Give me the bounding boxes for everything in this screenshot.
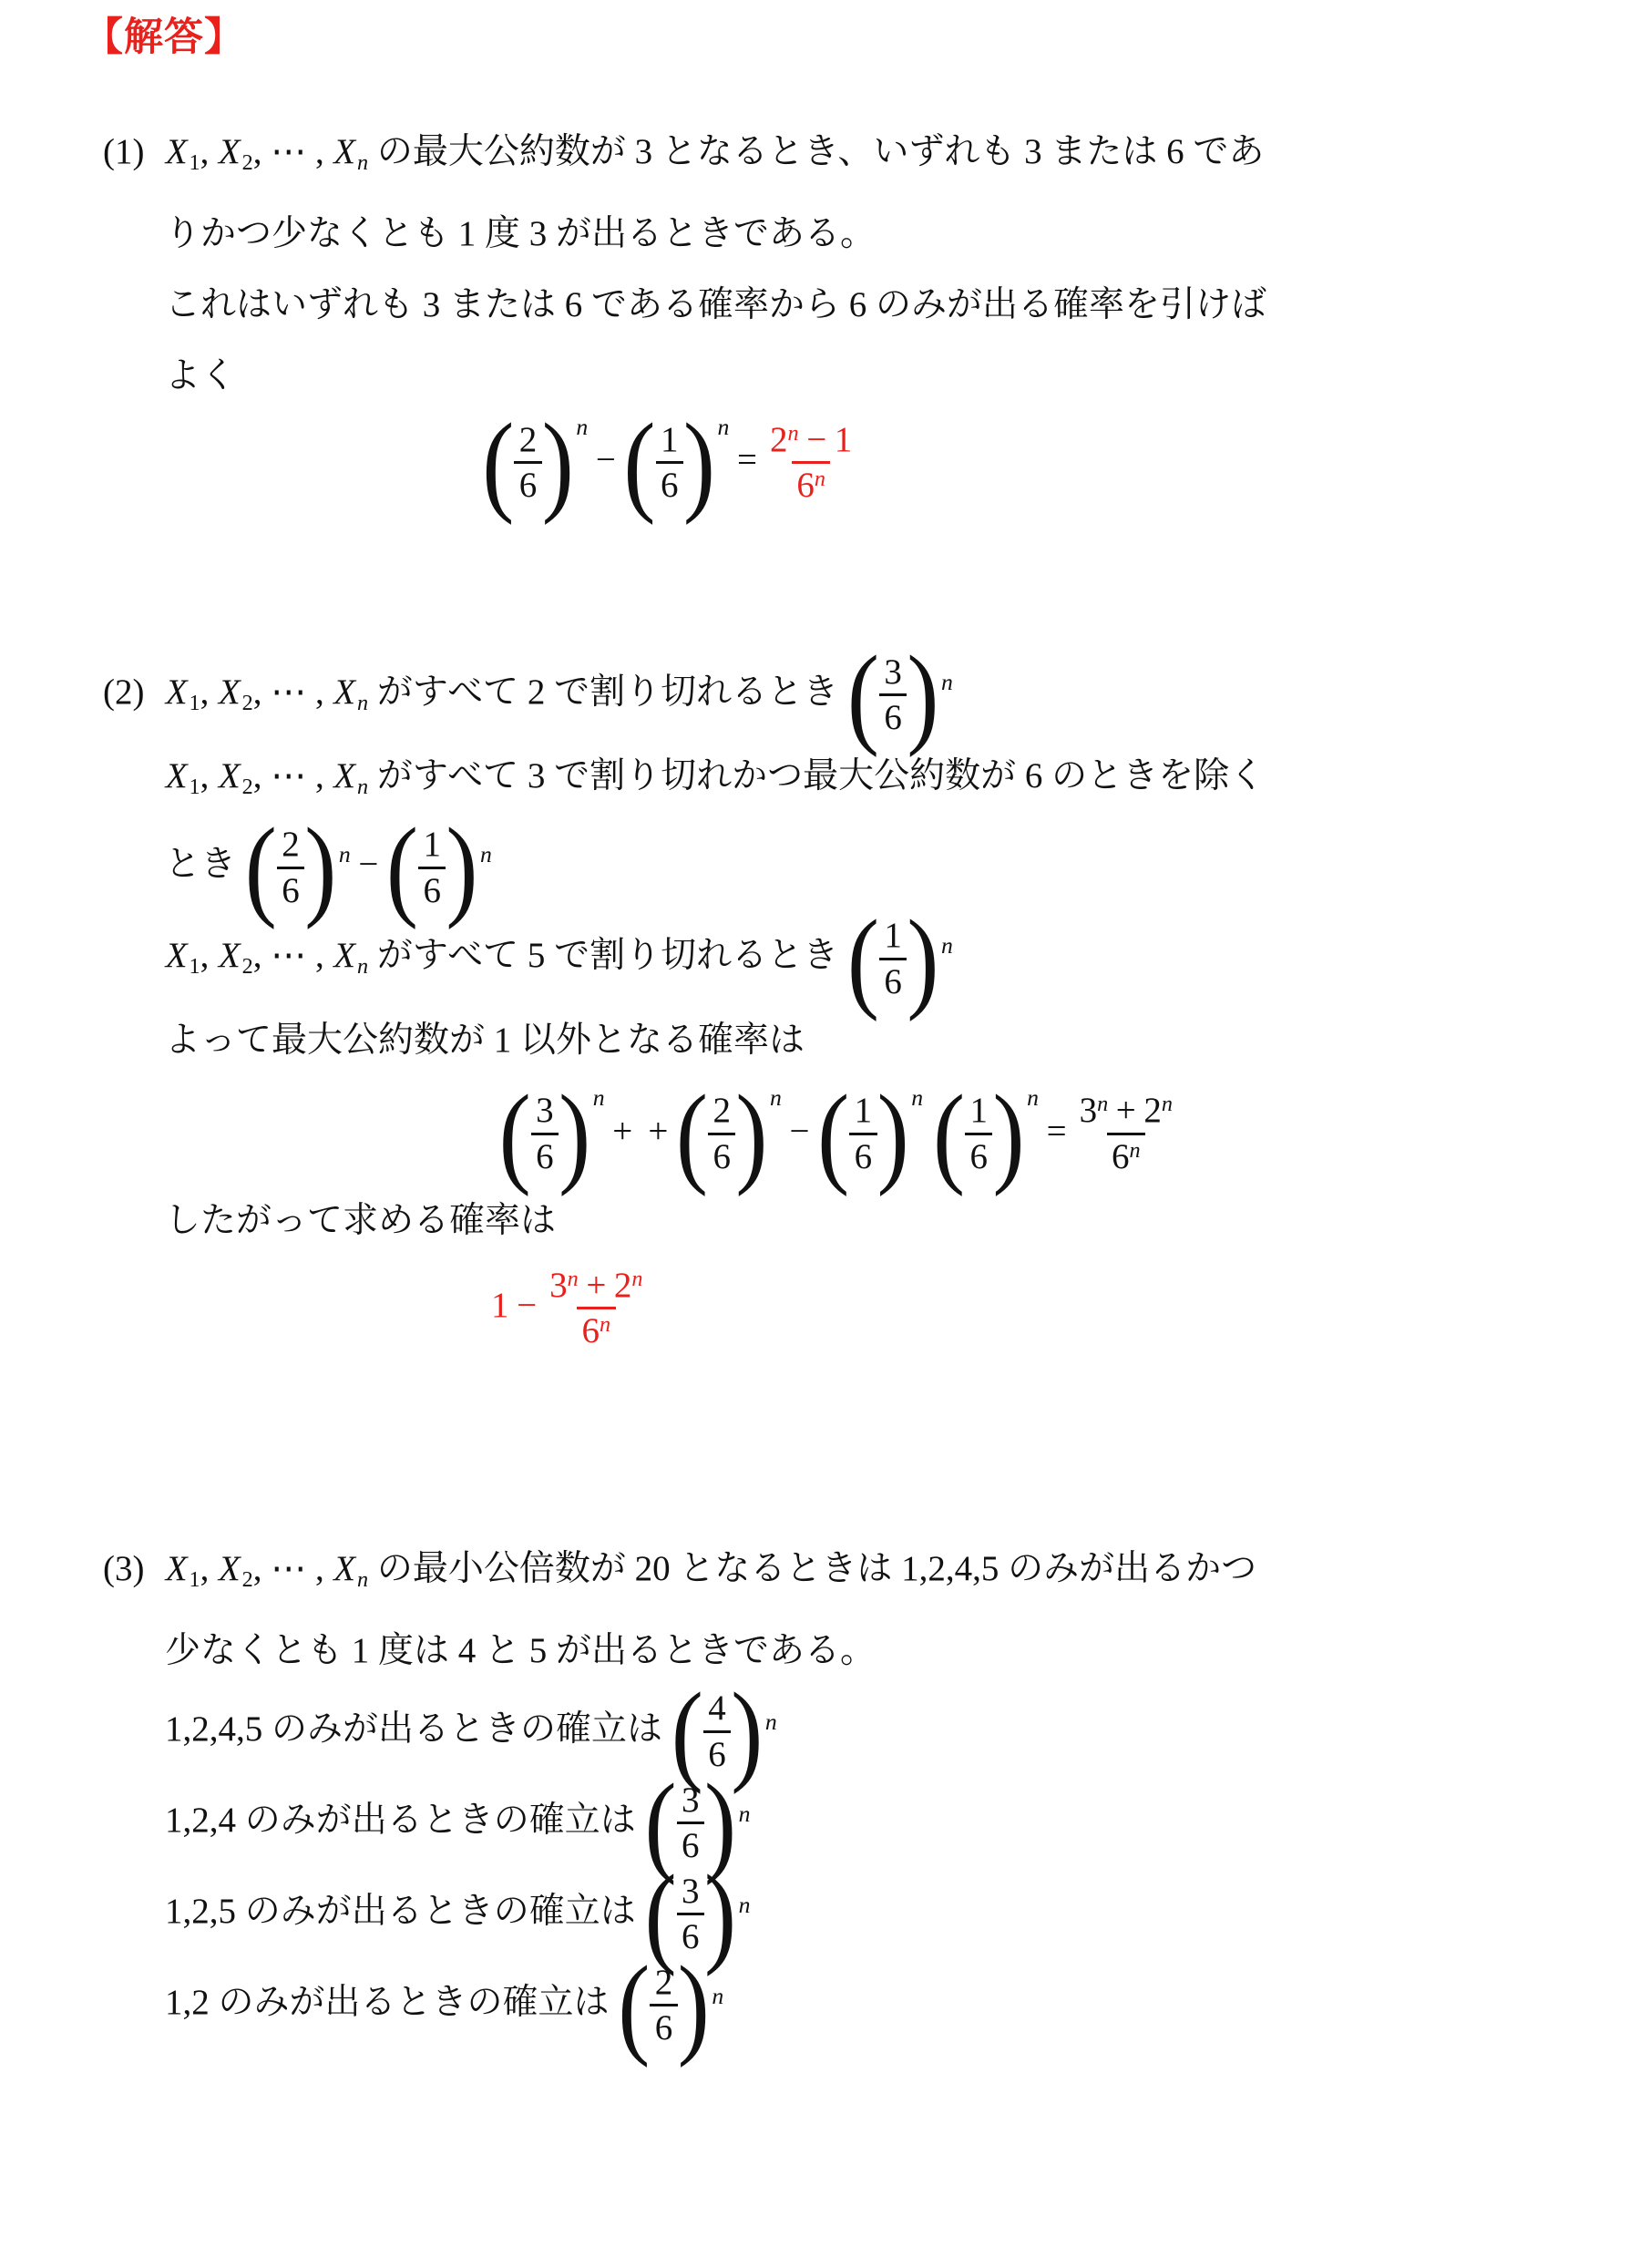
math-variable: X: [333, 1549, 358, 1588]
text-run: ,: [200, 1549, 219, 1588]
text-run: の最大公約数が 3 となるとき、いずれも 3 または 6 であ: [368, 132, 1264, 171]
math-subscript: 1: [190, 1567, 200, 1592]
math-operator: +: [586, 1266, 606, 1305]
math-variable: X: [165, 132, 190, 171]
text-run: , ⋯ ,: [253, 936, 333, 975]
denominator: 6: [277, 867, 304, 911]
math-variable: X: [333, 672, 358, 712]
open-paren: (: [245, 814, 277, 921]
open-paren: (: [847, 906, 879, 1013]
math-superscript: n: [1162, 1092, 1173, 1116]
denominator: 6n: [792, 461, 831, 506]
math-subscript: n: [357, 690, 368, 714]
line-content: X1, X2, ⋯ , Xn がすべて 3 で割り切れかつ最大公約数が 6 のと…: [165, 756, 1265, 795]
text-line: 少なくとも 1 度は 4 と 5 が出るときである。: [165, 1616, 1575, 1687]
math-subscript: 1: [190, 774, 200, 798]
fraction: 16: [418, 825, 446, 910]
fraction: 3n+2n6n: [545, 1266, 648, 1351]
close-paren: ): [304, 814, 336, 921]
line-content: よって最大公約数が 1 以外となる確率は: [165, 1021, 805, 1060]
open-paren: (: [386, 814, 418, 921]
math-operator: −: [517, 1286, 537, 1325]
math-variable: X: [333, 756, 358, 795]
math-variable: X: [218, 132, 242, 171]
text-run: 2: [1143, 1091, 1162, 1130]
numerator: 4: [703, 1688, 731, 1730]
open-paren: (: [482, 409, 514, 517]
parenthesized-fraction-power: (16)n: [817, 1089, 923, 1180]
math-variable: X: [218, 936, 242, 975]
text-line: (3)X1, X2, ⋯ , Xn の最小公倍数が 20 となるときは 1,2,…: [165, 1534, 1575, 1616]
close-paren: ): [907, 641, 938, 749]
fraction: 26: [708, 1091, 735, 1176]
math-subscript: n: [357, 774, 368, 798]
numerator: 1: [965, 1091, 992, 1133]
fraction: 16: [656, 420, 683, 506]
item-label-1: (1): [103, 117, 165, 188]
math-operator: =: [1047, 1112, 1067, 1151]
parenthesized-fraction-power: (26)n: [676, 1089, 782, 1180]
formula-gcd3-result: (26)n−(16)n=2n−16n: [165, 417, 1575, 508]
line-content: 1,2 のみが出るときの確立は (26)n: [165, 1983, 723, 2022]
text-run: がすべて 2 で割り切れるとき: [368, 672, 847, 712]
math-variable: X: [165, 672, 190, 712]
math-subscript: 1: [190, 954, 200, 979]
denominator: 6n: [577, 1307, 616, 1351]
math-variable: X: [218, 756, 242, 795]
numerator: 1: [879, 916, 907, 958]
text-line: 1,2,5 のみが出るときの確立は (36)n: [165, 1869, 1575, 1960]
math-variable: X: [218, 672, 242, 712]
text-line: 1,2 のみが出るときの確立は (26)n: [165, 1960, 1575, 2051]
text-run: 1,2,4 のみが出るときの確立は: [165, 1801, 645, 1840]
math-subscript: 2: [242, 690, 253, 714]
text-run: 3: [549, 1266, 568, 1305]
text-run: がすべて 5 で割り切れるとき: [368, 936, 847, 975]
text-run: の最小公倍数が 20 となるときは 1,2,4,5 のみが出るかつ: [368, 1549, 1256, 1588]
parenthesized-fraction-power: (36)n: [499, 1089, 605, 1180]
line-content: X1, X2, ⋯ , Xn がすべて 2 で割り切れるとき (36)n: [165, 672, 953, 712]
fraction: 16: [849, 1091, 877, 1176]
text-line: X1, X2, ⋯ , Xn がすべて 5 で割り切れるとき (16)n: [165, 914, 1575, 1005]
numerator: 1: [656, 420, 683, 462]
exponent: n: [480, 819, 492, 890]
close-paren: ): [907, 906, 938, 1013]
denominator: 6: [879, 958, 907, 1002]
text-run: ,: [200, 132, 219, 171]
math-superscript: n: [631, 1267, 642, 1291]
math-operator: −: [806, 420, 826, 459]
parenthesized-fraction-power: (16)n: [623, 417, 729, 508]
close-paren: ): [542, 409, 574, 517]
text-line: 1,2,4 のみが出るときの確立は (36)n: [165, 1778, 1575, 1869]
exponent: n: [718, 415, 730, 439]
text-run: 1: [835, 420, 853, 459]
math-superscript: n: [788, 420, 799, 445]
exponent: n: [593, 1085, 605, 1110]
text-run: 1,2,4,5 のみが出るときの確立は: [165, 1709, 671, 1749]
exponent: n: [739, 1866, 751, 1945]
denominator: 6: [418, 867, 446, 911]
fraction: 16: [879, 916, 907, 1001]
denominator: 6: [514, 461, 541, 506]
math-variable: X: [165, 936, 190, 975]
text-line: よく: [165, 341, 1575, 412]
text-run: 1: [491, 1286, 509, 1325]
numerator: 3: [531, 1091, 559, 1133]
text-line: 1,2,4,5 のみが出るときの確立は (46)n: [165, 1687, 1575, 1778]
open-paren: (: [847, 641, 879, 749]
parenthesized-fraction-power: (36)n: [847, 650, 953, 741]
item-label-2: (2): [103, 657, 165, 728]
math-superscript: n: [1129, 1138, 1140, 1163]
fraction: 26: [514, 420, 541, 506]
numerator: 1: [849, 1091, 877, 1133]
parenthesized-fraction-power: (16)n: [847, 914, 953, 1005]
math-subscript: 2: [242, 954, 253, 979]
open-paren: (: [933, 1081, 965, 1188]
math-variable: X: [165, 756, 190, 795]
parenthesized-fraction-power: (26)n: [482, 417, 588, 508]
numerator: 2: [708, 1091, 735, 1133]
text-line: (1)X1, X2, ⋯ , Xn の最大公約数が 3 となるとき、いずれも 3…: [165, 117, 1575, 199]
line-content: X1, X2, ⋯ , Xn の最大公約数が 3 となるとき、いずれも 3 また…: [165, 132, 1264, 171]
math-subscript: 2: [242, 774, 253, 798]
fraction: 36: [879, 652, 907, 738]
fraction: 36: [531, 1091, 559, 1176]
formula-gcd-not1: (36)n++(26)n−(16)n(16)n=3n+2n6n: [165, 1089, 1575, 1180]
close-paren: ): [683, 409, 715, 517]
line-content: りかつ少なくとも 1 度 3 が出るときである。: [165, 214, 876, 253]
math-variable: X: [218, 1549, 242, 1588]
line-content: X1, X2, ⋯ , Xn の最小公倍数が 20 となるときは 1,2,4,5…: [165, 1549, 1256, 1588]
exponent: n: [765, 1683, 777, 1761]
denominator: 6: [849, 1133, 877, 1177]
exponent: n: [941, 647, 953, 718]
text-run: 2: [614, 1266, 632, 1305]
denominator: 6: [677, 1822, 704, 1866]
numerator: 1: [418, 825, 446, 867]
text-line: これはいずれも 3 または 6 である確率から 6 のみが出る確率を引けば: [165, 270, 1575, 341]
math-variable: X: [165, 1549, 190, 1588]
numerator: 3n+2n: [1074, 1091, 1177, 1133]
text-line: りかつ少なくとも 1 度 3 が出るときである。: [165, 199, 1575, 270]
denominator: 6: [656, 461, 683, 506]
text-run: りかつ少なくとも 1 度 3 が出るときである。: [165, 214, 876, 253]
line-content: よく: [165, 356, 236, 395]
open-paren: (: [676, 1081, 708, 1188]
text-line: (2)X1, X2, ⋯ , Xn がすべて 2 で割り切れるとき (36)n: [165, 650, 1575, 741]
numerator: 2: [514, 420, 541, 462]
math-superscript: n: [568, 1267, 579, 1291]
open-paren: (: [817, 1081, 849, 1188]
close-paren: ): [446, 814, 477, 921]
math-subscript: n: [357, 1567, 368, 1592]
text-run: よって最大公約数が 1 以外となる確率は: [165, 1021, 805, 1060]
math-operator: −: [790, 1112, 810, 1151]
math-subscript: 2: [242, 1567, 253, 1592]
page-title: 【解答】: [84, 13, 1630, 64]
math-operator: +: [612, 1112, 632, 1151]
text-run: ,: [200, 936, 219, 975]
denominator: 6: [708, 1133, 735, 1177]
text-run: 6: [582, 1311, 600, 1350]
text-run: これはいずれも 3 または 6 である確率から 6 のみが出る確率を引けば: [165, 285, 1266, 324]
open-paren: (: [618, 1952, 650, 2059]
text-run: , ⋯ ,: [253, 1549, 333, 1588]
math-subscript: 1: [190, 150, 200, 175]
text-run: 6: [796, 466, 815, 505]
fraction: 2n−16n: [765, 420, 857, 506]
exponent: n: [941, 910, 953, 981]
close-paren: ): [877, 1081, 909, 1188]
math-variable: X: [333, 132, 358, 171]
fraction: 26: [277, 825, 304, 910]
exponent: n: [911, 1085, 923, 1110]
numerator: 2n−1: [765, 420, 857, 462]
line-content: 1,2,4,5 のみが出るときの確立は (46)n: [165, 1709, 777, 1749]
open-paren: (: [623, 409, 655, 517]
denominator: 6: [965, 1133, 992, 1177]
parenthesized-fraction-power: (16)n: [933, 1089, 1039, 1180]
exponent: n: [770, 1085, 782, 1110]
text-run: , ⋯ ,: [253, 132, 333, 171]
exponent: n: [1027, 1085, 1039, 1110]
exponent: n: [339, 819, 351, 890]
highlighted-result: 1−3n+2n6n: [491, 1286, 648, 1325]
numerator: 3n+2n: [545, 1266, 648, 1308]
section-1: (1)X1, X2, ⋯ , Xn の最大公約数が 3 となるとき、いずれも 3…: [165, 117, 1575, 508]
close-paren: ): [992, 1081, 1024, 1188]
denominator: 6: [879, 693, 907, 738]
numerator: 3: [677, 1872, 704, 1914]
parenthesized-fraction-power: (16)n: [386, 822, 492, 913]
exponent: n: [576, 415, 588, 439]
close-paren: ): [559, 1081, 590, 1188]
denominator: 6: [531, 1133, 559, 1177]
text-run: 1,2 のみが出るときの確立は: [165, 1983, 618, 2022]
line-content: 1,2,4 のみが出るときの確立は (36)n: [165, 1801, 751, 1840]
math-subscript: n: [357, 150, 368, 175]
text-run: , ⋯ ,: [253, 672, 333, 712]
close-paren: ): [735, 1081, 767, 1188]
line-content: 少なくとも 1 度は 4 と 5 が出るときである。: [165, 1631, 876, 1670]
math-operator: −: [596, 440, 616, 479]
parenthesized-fraction-power: (26)n: [245, 822, 351, 913]
line-content: したがって求める確率は: [165, 1201, 556, 1240]
formula-final-probability: 1−3n+2n6n: [165, 1266, 1575, 1351]
text-run: 6: [1112, 1137, 1130, 1176]
denominator: 6n: [1107, 1133, 1146, 1177]
text-run: 3: [1080, 1091, 1098, 1130]
math-variable: X: [333, 936, 358, 975]
math-superscript: n: [1097, 1092, 1108, 1116]
text-run: 少なくとも 1 度は 4 と 5 が出るときである。: [165, 1631, 876, 1670]
text-line: したがって求める確率は: [165, 1185, 1575, 1257]
text-run: がすべて 3 で割り切れかつ最大公約数が 6 のときを除く: [368, 756, 1265, 795]
math-operator: +: [1116, 1091, 1136, 1130]
section-2: (2)X1, X2, ⋯ , Xn がすべて 2 で割り切れるとき (36)n …: [165, 650, 1575, 1351]
open-paren: (: [499, 1081, 531, 1188]
math-operator: −: [358, 845, 378, 884]
text-run: , ⋯ ,: [253, 756, 333, 795]
math-subscript: n: [357, 954, 368, 979]
line-content: 1,2,5 のみが出るときの確立は (36)n: [165, 1892, 751, 1931]
text-run: 1,2,5 のみが出るときの確立は: [165, 1892, 645, 1931]
math-subscript: 1: [190, 690, 200, 714]
math-subscript: 2: [242, 150, 253, 175]
highlighted-result: 2n−16n: [765, 440, 857, 479]
solution-page: 【解答】 (1)X1, X2, ⋯ , Xn の最大公約数が 3 となるとき、い…: [0, 0, 1630, 2268]
math-superscript: n: [815, 467, 825, 491]
text-run: よく: [165, 356, 236, 395]
text-run: したがって求める確率は: [165, 1201, 556, 1240]
math-superscript: n: [600, 1312, 610, 1337]
item-label-3: (3): [103, 1534, 165, 1605]
line-content: とき (26)n−(16)n: [165, 845, 492, 884]
text-run: 2: [770, 420, 788, 459]
denominator: 6: [650, 2004, 677, 2048]
section-3: (3)X1, X2, ⋯ , Xn の最小公倍数が 20 となるときは 1,2,…: [165, 1534, 1575, 2051]
numerator: 2: [277, 825, 304, 867]
math-operator: +: [648, 1112, 668, 1151]
text-run: とき: [165, 845, 245, 884]
text-run: ,: [200, 672, 219, 712]
line-content: X1, X2, ⋯ , Xn がすべて 5 で割り切れるとき (16)n: [165, 936, 953, 975]
fraction: 3n+2n6n: [1074, 1091, 1177, 1176]
line-content: これはいずれも 3 または 6 である確率から 6 のみが出る確率を引けば: [165, 285, 1266, 324]
numerator: 3: [879, 652, 907, 694]
math-operator: =: [737, 440, 757, 479]
text-run: ,: [200, 756, 219, 795]
fraction: 16: [965, 1091, 992, 1176]
close-paren: ): [678, 1952, 710, 2059]
